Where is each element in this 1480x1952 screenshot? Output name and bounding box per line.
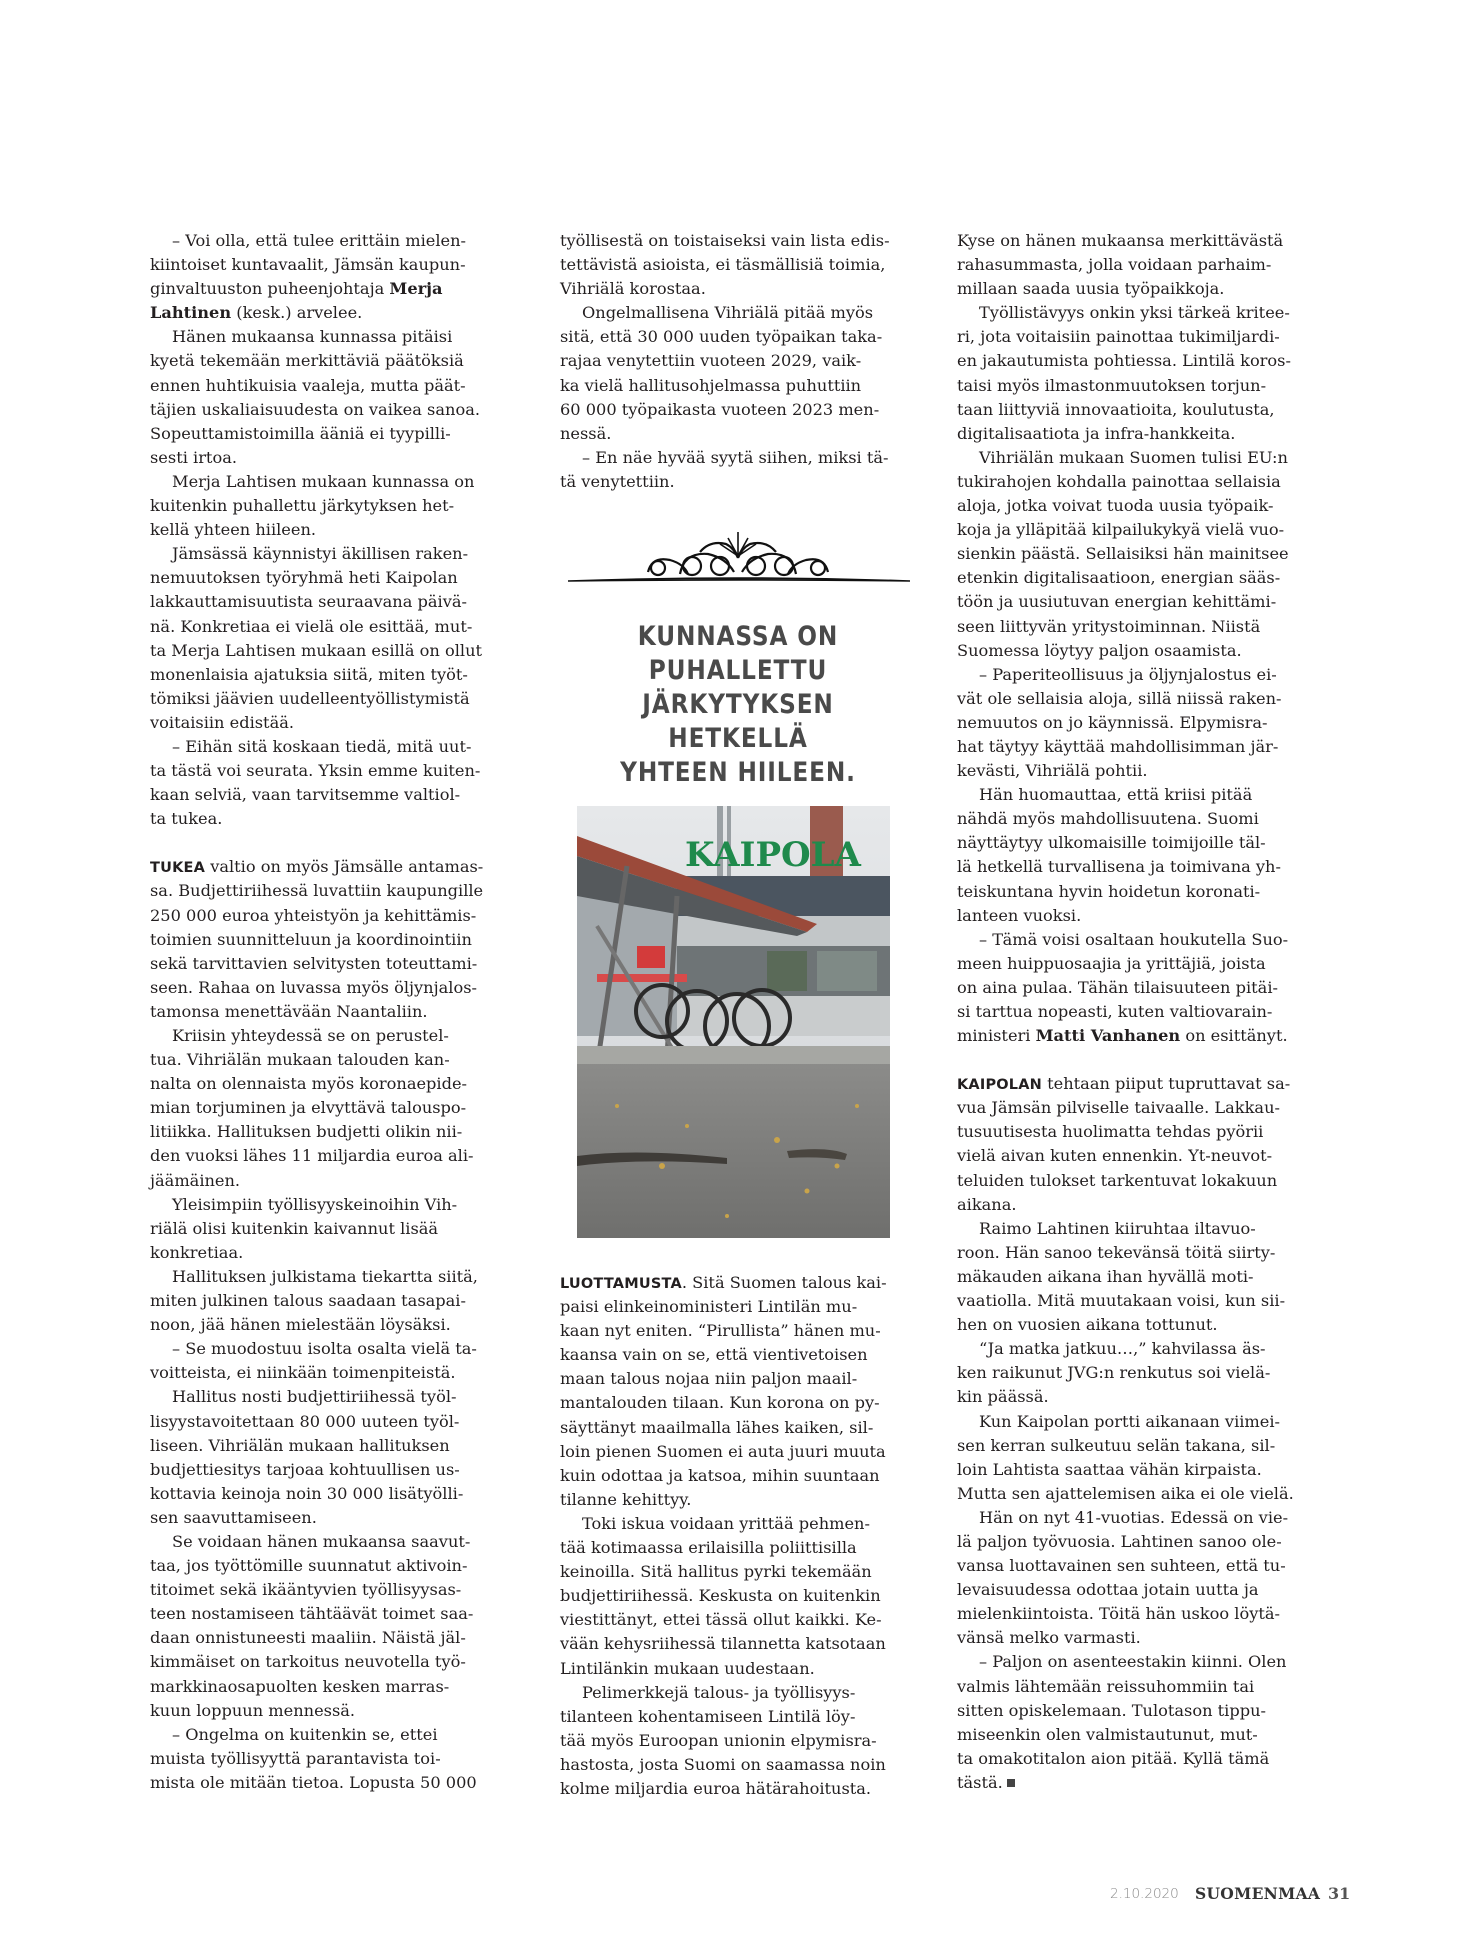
text-line: koja ja ylläpitää kilpailukykyä vielä vu… xyxy=(957,518,1313,542)
person-name: Matti Vanhanen xyxy=(1036,1026,1181,1045)
text-line: Se voidaan hänen mukaansa saavut- xyxy=(150,1530,506,1554)
text-line: täjien uskaliaisuudesta on vaikea sanoa. xyxy=(150,398,506,422)
text-line: 250 000 euroa yhteistyön ja kehittämis- xyxy=(150,904,506,928)
text-line: kuun loppuun mennessä. xyxy=(150,1699,506,1723)
text-line: ta tukea. xyxy=(150,807,506,831)
section-kicker: TUKEA xyxy=(150,860,205,876)
text-line: tää kotimaassa erilaisilla poliittisilla xyxy=(560,1536,916,1560)
text-line: nemuutoksen työryhmä heti Kaipolan xyxy=(150,566,506,590)
text-line: töön ja uusiutuvan energian kehittämi- xyxy=(957,590,1313,614)
text-line: konkretiaa. xyxy=(150,1241,506,1265)
issue-date: 2.10.2020 xyxy=(1110,1886,1179,1902)
text-line: 60 000 työpaikasta vuoteen 2023 men- xyxy=(560,398,916,422)
text-line: tukirahojen kohdalla painottaa sellaisia xyxy=(957,470,1313,494)
text-line: TUKEA valtio on myös Jämsälle antamas- xyxy=(150,855,506,879)
text-line: Hänen mukaansa kunnassa pitäisi xyxy=(150,325,506,349)
text-line: vielä aivan kuten ennenkin. Yt-neuvot- xyxy=(957,1144,1313,1168)
text-line: Yleisimpiin työllisyyskeinoihin Vih- xyxy=(150,1193,506,1217)
text-line: sa. Budjettiriihessä luvattiin kaupungil… xyxy=(150,879,506,903)
photo-sign-text: KAIPOLA xyxy=(685,835,862,875)
text-line: budjettiesitys tarjoaa kohtuullisen us- xyxy=(150,1458,506,1482)
text-line: rahasummasta, jolla voidaan parhaim- xyxy=(957,253,1313,277)
text-line: noon, jää hänen mielestään löysäksi. xyxy=(150,1313,506,1337)
text-line: tä venytettiin. xyxy=(560,470,916,494)
text-line: liseen. Vihriälän mukaan hallituksen xyxy=(150,1434,506,1458)
pull-quote-line: JÄRKYTYKSEN HETKELLÄ xyxy=(585,688,891,756)
text-line: meen huippuosaajia ja yrittäjiä, joista xyxy=(957,952,1313,976)
text-line: kuin odottaa ja katsoa, mihin suuntaan xyxy=(560,1464,916,1488)
text-line: Vihriälän mukaan Suomen tulisi EU:n xyxy=(957,446,1313,470)
text-line: voitteista, ei niinkään toimenpiteistä. xyxy=(150,1361,506,1385)
text-line: digitalisaatiota ja infra-hankkeita. xyxy=(957,422,1313,446)
text-line: hen on vuosien aikana tottunut. xyxy=(957,1313,1313,1337)
text-line: aikana. xyxy=(957,1193,1313,1217)
text-line: vään kehysriihessä tilannetta katsotaan xyxy=(560,1632,916,1656)
text-line: tua. Vihriälän mukaan talouden kan- xyxy=(150,1048,506,1072)
text-line: lä paljon työvuosia. Lahtinen sanoo ole- xyxy=(957,1530,1313,1554)
text-line: Sopeuttamistoimilla ääniä ei tyypilli- xyxy=(150,422,506,446)
text-line: monenlaisia ajatuksia siitä, miten työt- xyxy=(150,663,506,687)
text-line: kottavia keinoja noin 30 000 lisätyölli- xyxy=(150,1482,506,1506)
ornament-divider-icon xyxy=(560,522,916,582)
text-line: seen liittyvän yritystoiminnan. Niistä xyxy=(957,615,1313,639)
text-line: ta Merja Lahtisen mukaan esillä on ollut xyxy=(150,639,506,663)
text-line: toimien suunnitteluun ja koordinointiin xyxy=(150,928,506,952)
text-line: Pelimerkkejä talous- ja työllisyys- xyxy=(560,1681,916,1705)
text-line: tömiksi jäävien uudelleentyöllistymistä xyxy=(150,687,506,711)
text-line: Jämsässä käynnistyi äkillisen raken- xyxy=(150,542,506,566)
text-line: – Voi olla, että tulee erittäin mielen- xyxy=(150,229,506,253)
text-line: Kun Kaipolan portti aikanaan viimei- xyxy=(957,1410,1313,1434)
text-line: Mutta sen ajattelemisen aika ei ole viel… xyxy=(957,1482,1313,1506)
text-line: miseenkin olen valmistautunut, mut- xyxy=(957,1723,1313,1747)
text-line: mian torjuminen ja elvyttävä talouspo- xyxy=(150,1096,506,1120)
text-line: – En näe hyvää syytä siihen, miksi tä- xyxy=(560,446,916,470)
text-line: säyttänyt maailmalla lähes kaiken, sil- xyxy=(560,1416,916,1440)
text-line: muista työllisyyttä parantavista toi- xyxy=(150,1747,506,1771)
text-line: kimmäiset on tarkoitus neuvotella työ- xyxy=(150,1650,506,1674)
text-line: taan liittyviä innovaatioita, koulutusta… xyxy=(957,398,1313,422)
article-column-1: – Voi olla, että tulee erittäin mielen- … xyxy=(150,229,506,1795)
text-line: Lahtinen (kesk.) arvelee. xyxy=(150,301,506,325)
text-line: Hallitus nosti budjettiriihessä työl- xyxy=(150,1385,506,1409)
text-line: lanteen vuoksi. xyxy=(957,904,1313,928)
text-line: taisi myös ilmastonmuutoksen torjun- xyxy=(957,374,1313,398)
text-line: kellä yhteen hiileen. xyxy=(150,518,506,542)
text-line: tästä. xyxy=(957,1771,1313,1795)
text-line: roon. Hän sanoo tekevänsä töitä siirty- xyxy=(957,1241,1313,1265)
text-line: lä hetkellä turvallisena ja toimivana yh… xyxy=(957,855,1313,879)
text-line: mäkauden aikana ihan hyvällä moti- xyxy=(957,1265,1313,1289)
text-line: Toki iskua voidaan yrittää pehmen- xyxy=(560,1512,916,1536)
text-line: etenkin digitalisaatioon, energian sääs- xyxy=(957,566,1313,590)
person-name: Merja xyxy=(389,279,442,298)
text-line: työllisestä on toistaiseksi vain lista e… xyxy=(560,229,916,253)
text-line: sekä tarvittavien selvitysten toteuttami… xyxy=(150,952,506,976)
text-line: Hallituksen julkistama tiekartta siitä, xyxy=(150,1265,506,1289)
text-line: on aina pulaa. Tähän tilaisuuteen pitäi- xyxy=(957,976,1313,1000)
text-line: kevästi, Vihriälä pohtii. xyxy=(957,759,1313,783)
article-column-2-bottom: LUOTTAMUSTA. Sitä Suomen talous kai- pai… xyxy=(560,1271,916,1801)
text-line: si tarttua nopeasti, kuten valtiovarain- xyxy=(957,1000,1313,1024)
text-line: seen. Rahaa on luvassa myös öljynjalos- xyxy=(150,976,506,1000)
text-line: voitaisiin edistää. xyxy=(150,711,506,735)
text-line: litiikka. Hallituksen budjetti olikin ni… xyxy=(150,1120,506,1144)
text-line: sienkin päästä. Sellaisiksi hän mainitse… xyxy=(957,542,1313,566)
text-line: kyetä tekemään merkittäviä päätöksiä xyxy=(150,349,506,373)
text-line: sitä, että 30 000 uuden työpaikan taka- xyxy=(560,325,916,349)
end-mark-icon xyxy=(1007,1779,1015,1787)
text-line: ennen huhtikuisia vaaleja, mutta päät- xyxy=(150,374,506,398)
text-line: nähdä myös mahdollisuutena. Suomi xyxy=(957,807,1313,831)
text-line: LUOTTAMUSTA. Sitä Suomen talous kai- xyxy=(560,1271,916,1295)
text-line: tusuutisesta huolimatta tehdas pyörii xyxy=(957,1120,1313,1144)
text-line: tettävistä asioista, ei täsmällisiä toim… xyxy=(560,253,916,277)
text-line: näyttäytyy ulkomaisille toimijoille täl- xyxy=(957,831,1313,855)
text-line: budjettiriihessä. Keskusta on kuitenkin xyxy=(560,1584,916,1608)
text-line: loin pienen Suomen ei auta juuri muuta xyxy=(560,1440,916,1464)
text-line: kaan selviä, vaan tarvitsemme valtiol- xyxy=(150,783,506,807)
text-line: jäämäinen. xyxy=(150,1169,506,1193)
text-line: valmis lähtemään reissuhommiin tai xyxy=(957,1675,1313,1699)
text-line: teiskuntana hyvin hoidetun koronati- xyxy=(957,880,1313,904)
text-line: lakkauttamisuutista seuraavana päivä- xyxy=(150,590,506,614)
text-line: KAIPOLAN tehtaan piiput tupruttavat sa- xyxy=(957,1072,1313,1096)
kaipola-factory-photo: KAIPOLA xyxy=(577,806,890,1238)
text-line: viestittänyt, ettei tässä ollut kaikki. … xyxy=(560,1608,916,1632)
section-kicker: KAIPOLAN xyxy=(957,1077,1042,1093)
text-line: Ongelmallisena Vihriälä pitää myös xyxy=(560,301,916,325)
text-line: levaisuudessa odottaa jotain uutta ja xyxy=(957,1578,1313,1602)
text-line: ta tästä voi seurata. Yksin emme kuiten- xyxy=(150,759,506,783)
text-line: – Paperiteollisuus ja öljynjalostus ei- xyxy=(957,663,1313,687)
text-line: kuitenkin puhallettu järkytyksen het- xyxy=(150,494,506,518)
text-line: mista ole mitään tietoa. Lopusta 50 000 xyxy=(150,1771,506,1795)
text-line: den vuoksi lähes 11 miljardia euroa ali- xyxy=(150,1144,506,1168)
text-line: rajaa venytettiin vuoteen 2029, vaik- xyxy=(560,349,916,373)
photo-illustration: KAIPOLA xyxy=(577,806,890,1238)
text-line: Vihriälä korostaa. xyxy=(560,277,916,301)
text-line: teluiden tulokset tarkentuvat lokakuun xyxy=(957,1169,1313,1193)
text-line: ken raikunut JVG:n renkutus soi vielä- xyxy=(957,1361,1313,1385)
text-line: keinoilla. Sitä hallitus pyrki tekemään xyxy=(560,1560,916,1584)
text-line: maan talous nojaa niin paljon maail- xyxy=(560,1367,916,1391)
text-line: ka vielä hallitusohjelmassa puhuttiin xyxy=(560,374,916,398)
text-line: sitten opiskelemaan. Tulotason tippu- xyxy=(957,1699,1313,1723)
article-column-2: työllisestä on toistaiseksi vain lista e… xyxy=(560,229,916,494)
text-line: – Tämä voisi osaltaan houkutella Suo- xyxy=(957,928,1313,952)
publication-name: SUOMENMAA xyxy=(1195,1884,1320,1903)
text-line: mantalouden tilaan. Kun korona on py- xyxy=(560,1391,916,1415)
text-line: Hän on nyt 41-vuotias. Edessä on vie- xyxy=(957,1506,1313,1530)
text-line: daan onnistuneesti maaliin. Näistä jäl- xyxy=(150,1626,506,1650)
text-line: vansa luottavainen sen suhteen, että tu- xyxy=(957,1554,1313,1578)
text-line: nalta on olennaista myös koronaepide- xyxy=(150,1072,506,1096)
text-line: millaan saada uusia työpaikkoja. xyxy=(957,277,1313,301)
text-line: kaan nyt eniten. “Pirullista” hänen mu- xyxy=(560,1319,916,1343)
text-line: kiintoiset kuntavaalit, Jämsän kaupun- xyxy=(150,253,506,277)
text-line: sesti irtoa. xyxy=(150,446,506,470)
text-line: Kyse on hänen mukaansa merkittävästä xyxy=(957,229,1313,253)
pull-quote-line: YHTEEN HIILEEN. xyxy=(585,756,891,790)
text-line: – Paljon on asenteestakin kiinni. Olen xyxy=(957,1650,1313,1674)
text-line: loin Lahtista saattaa vähän kirpaista. xyxy=(957,1458,1313,1482)
pull-quote-line: KUNNASSA ON xyxy=(585,620,891,654)
text-line: Merja Lahtisen mukaan kunnassa on xyxy=(150,470,506,494)
text-line: riälä olisi kuitenkin kaivannut lisää xyxy=(150,1217,506,1241)
text-line: Suomessa löytyy paljon osaamista. xyxy=(957,639,1313,663)
text-line: hat täytyy käyttää mahdollisimman jär- xyxy=(957,735,1313,759)
text-line: Raimo Lahtinen kiiruhtaa iltavuo- xyxy=(957,1217,1313,1241)
text-line: vaatiolla. Mitä muutakaan voisi, kun sii… xyxy=(957,1289,1313,1313)
text-line: Lintilänkin mukaan uudestaan. xyxy=(560,1657,916,1681)
text-line: – Se muodostuu isolta osalta vielä ta- xyxy=(150,1337,506,1361)
text-line: paisi elinkeinoministeri Lintilän mu- xyxy=(560,1295,916,1319)
text-line: aloja, jotka voivat tuoda uusia työpaik- xyxy=(957,494,1313,518)
text-line: tamonsa menettävään Naantaliin. xyxy=(150,1000,506,1024)
text-line: ta omakotitalon aion pitää. Kyllä tämä xyxy=(957,1747,1313,1771)
text-line: – Ongelma on kuitenkin se, ettei xyxy=(150,1723,506,1747)
text-line: lisyystavoitettaan 80 000 uuteen työl- xyxy=(150,1410,506,1434)
text-line: vät ole sellaisia aloja, sillä niissä ra… xyxy=(957,687,1313,711)
page-number: 31 xyxy=(1328,1884,1350,1903)
text-line: – Eihän sitä koskaan tiedä, mitä uut- xyxy=(150,735,506,759)
text-line: vänsä melko varmasti. xyxy=(957,1626,1313,1650)
text-line: markkinaosapuolten kesken marras- xyxy=(150,1675,506,1699)
text-line: ri, jota voitaisiin painottaa tukimiljar… xyxy=(957,325,1313,349)
text-line: nemuutos on jo käynnissä. Elpymisra- xyxy=(957,711,1313,735)
pull-quote: KUNNASSA ON PUHALLETTU JÄRKYTYKSEN HETKE… xyxy=(585,620,891,790)
text-line: sen saavuttamiseen. xyxy=(150,1506,506,1530)
text-line: kaansa vain on se, että vientivetoisen xyxy=(560,1343,916,1367)
page-footer: 2.10.2020 SUOMENMAA 31 xyxy=(1100,1884,1350,1908)
text-line: Työllistävyys onkin yksi tärkeä kritee- xyxy=(957,301,1313,325)
text-line: vua Jämsän pilviselle taivaalle. Lakkau- xyxy=(957,1096,1313,1120)
text-line: Hän huomauttaa, että kriisi pitää xyxy=(957,783,1313,807)
text-line: teen nostamiseen tähtäävät toimet saa- xyxy=(150,1602,506,1626)
text-line: ministeri Matti Vanhanen on esittänyt. xyxy=(957,1024,1313,1048)
text-line: tilanteen kohentamiseen Lintilä löy- xyxy=(560,1705,916,1729)
pull-quote-line: PUHALLETTU xyxy=(585,654,891,688)
text-line: kolme miljardia euroa hätärahoitusta. xyxy=(560,1777,916,1801)
text-line: Kriisin yhteydessä se on perustel- xyxy=(150,1024,506,1048)
text-line: “Ja matka jatkuu…,” kahvilassa äs- xyxy=(957,1337,1313,1361)
text-line: hastosta, josta Suomi on saamassa noin xyxy=(560,1753,916,1777)
text-line: kin päässä. xyxy=(957,1385,1313,1409)
text-line: nessä. xyxy=(560,422,916,446)
text-line: tilanne kehittyy. xyxy=(560,1488,916,1512)
text-line: ginvaltuuston puheenjohtaja Merja xyxy=(150,277,506,301)
text-line: sen kerran sulkeutuu selän takana, sil- xyxy=(957,1434,1313,1458)
text-line: en jakautumista pohtiessa. Lintilä koros… xyxy=(957,349,1313,373)
text-line: mielenkiintoista. Töitä hän uskoo löytä- xyxy=(957,1602,1313,1626)
text-line: titoimet sekä ikääntyvien työllisyysas- xyxy=(150,1578,506,1602)
section-kicker: LUOTTAMUSTA xyxy=(560,1276,682,1292)
text-line: nä. Konkretiaa ei vielä ole esittää, mut… xyxy=(150,615,506,639)
text-line: miten julkinen talous saadaan tasapai- xyxy=(150,1289,506,1313)
article-column-3: Kyse on hänen mukaansa merkittävästä rah… xyxy=(957,229,1313,1795)
text-line: taa, jos työttömille suunnatut aktivoin- xyxy=(150,1554,506,1578)
text-line: tää myös Euroopan unionin elpymisra- xyxy=(560,1729,916,1753)
person-name: Lahtinen xyxy=(150,303,231,322)
